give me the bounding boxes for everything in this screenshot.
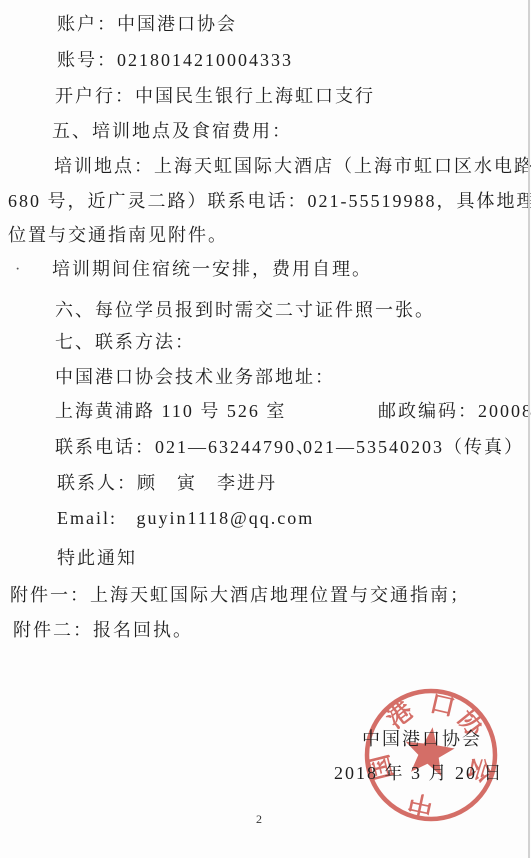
signature-date: 2018 年 3 月 20 日 [334,762,504,784]
margin-bullet-dot: · [15,262,20,278]
account-holder-line: 账户：中国港口协会 [57,13,237,35]
section6-heading: 六、每位学员报到时需交二寸证件照一张。 [55,299,435,321]
page-number: 2 [256,812,262,827]
dept-address-label: 中国港口协会技术业务部地址： [55,366,335,388]
attachment2-line: 附件二：报名回执。 [13,619,193,641]
accommodation-note-line: 培训期间住宿统一安排，费用自理。 [52,258,372,280]
attachment1-line: 附件一：上海天虹国际大酒店地理位置与交通指南； [10,584,470,606]
street-address: 上海黄浦路 110 号 526 室 [55,400,286,422]
training-location-line1: 培训地点：上海天虹国际大酒店（上海市虹口区水电路 [54,155,531,177]
seal-char-kou: 口 [427,690,457,722]
scan-edge-artifact [528,0,530,858]
email-line: Email: guyin1118@qq.com [57,507,314,529]
contacts-line: 联系人：顾 寅 李进丹 [57,472,277,494]
postal-code: 邮政编码：200080 [378,400,531,422]
document-page: 账户：中国港口协会 账号：0218014210004333 开户行：中国民生银行… [0,0,531,858]
account-number-line: 账号：0218014210004333 [57,49,293,71]
section5-heading: 五、培训地点及食宿费用： [52,120,292,142]
signature-org-name: 中国港口协会 [362,728,482,750]
official-seal-stamp: 中 国 港 口 协 会 [358,682,504,828]
closing-line: 特此通知 [57,547,137,569]
training-location-line3: 位置与交通指南见附件。 [8,224,228,246]
bank-branch-line: 开户行：中国民生银行上海虹口支行 [55,85,375,107]
fax-line: 021—53540203（传真） [303,436,524,458]
phone-line: 联系电话：021—63244790、 [55,436,316,458]
seal-char-zhong: 中 [405,788,435,821]
section7-heading: 七、联系方法： [55,331,195,353]
training-location-line2: 680 号，近广灵二路）联系电话：021-55519988，具体地理 [8,190,531,212]
